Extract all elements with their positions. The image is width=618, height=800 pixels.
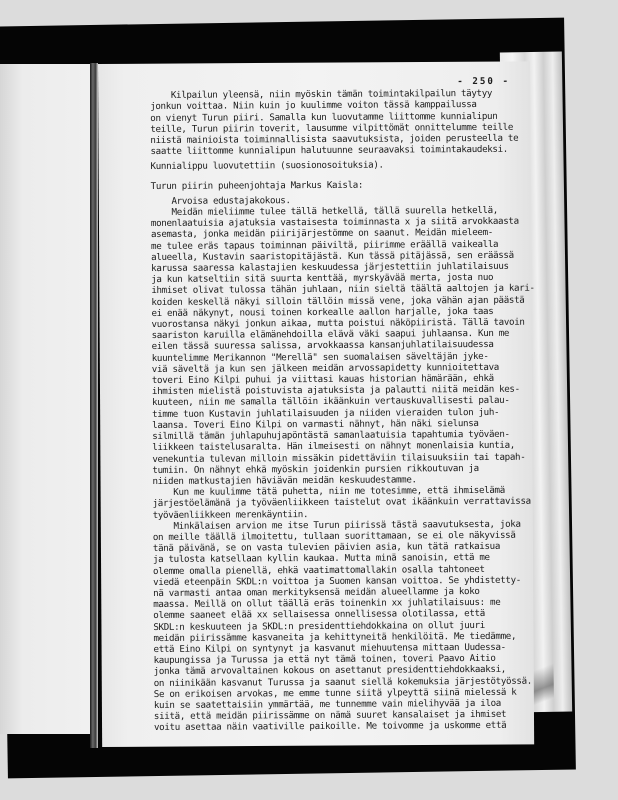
page-number: - 250 - bbox=[150, 76, 510, 89]
text-line: voitu asettaa näin vaativille paikoille.… bbox=[154, 720, 514, 733]
page-text: - 250 - Kilpailun yleensä, niin myöskin … bbox=[150, 76, 514, 734]
paragraph-speech-reflection: Kun me kuulimme tätä puhetta, niin me to… bbox=[152, 485, 512, 521]
text-line: järjestöelämänä ja työväenliikkeen taist… bbox=[153, 496, 513, 509]
left-facing-page bbox=[0, 64, 90, 734]
paragraph-speech-skdl: Minkälaisen arvion me itse Turun piiriss… bbox=[153, 519, 514, 734]
paragraph-award-intro: Kilpailun yleensä, niin myöskin tämän to… bbox=[150, 88, 510, 157]
scanned-document-photo: - 250 - Kilpailun yleensä, niin myöskin … bbox=[0, 0, 618, 800]
paragraph-speech-main: Arvoisa edustajakokous. Meidän mieliimme… bbox=[151, 194, 513, 487]
book-binding-gutter bbox=[90, 63, 98, 748]
